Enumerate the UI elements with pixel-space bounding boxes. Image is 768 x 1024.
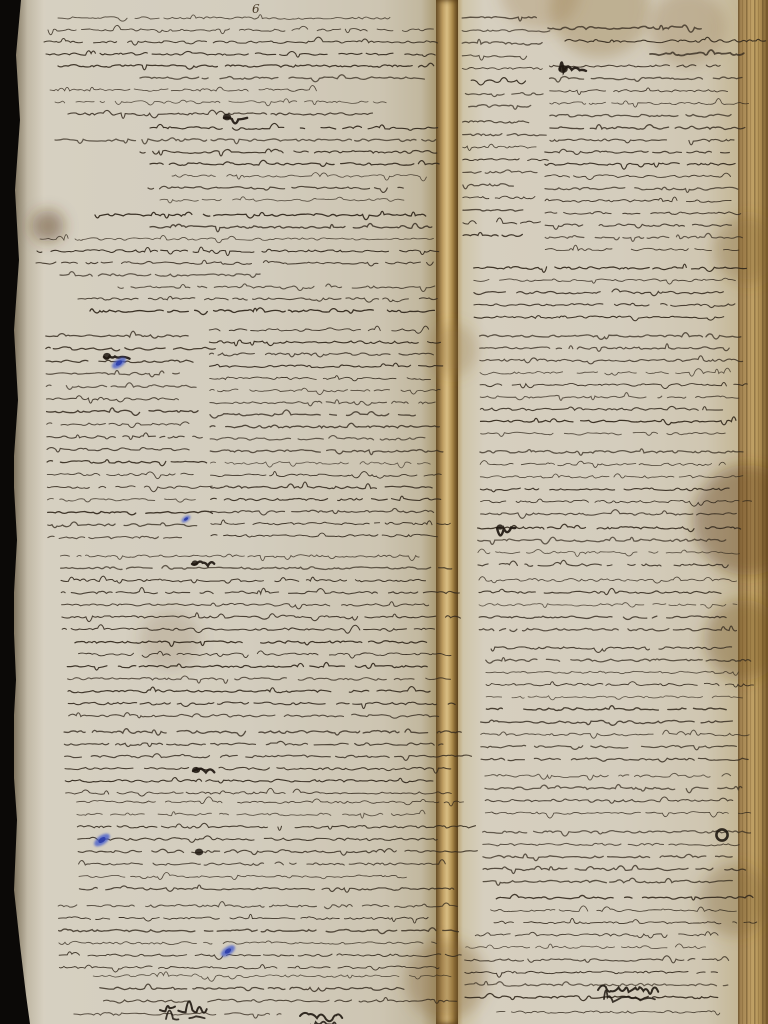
handwriting-layer <box>0 0 768 1024</box>
manuscript-photo: 6 <box>0 0 768 1024</box>
folio-number: 6 <box>252 2 260 16</box>
